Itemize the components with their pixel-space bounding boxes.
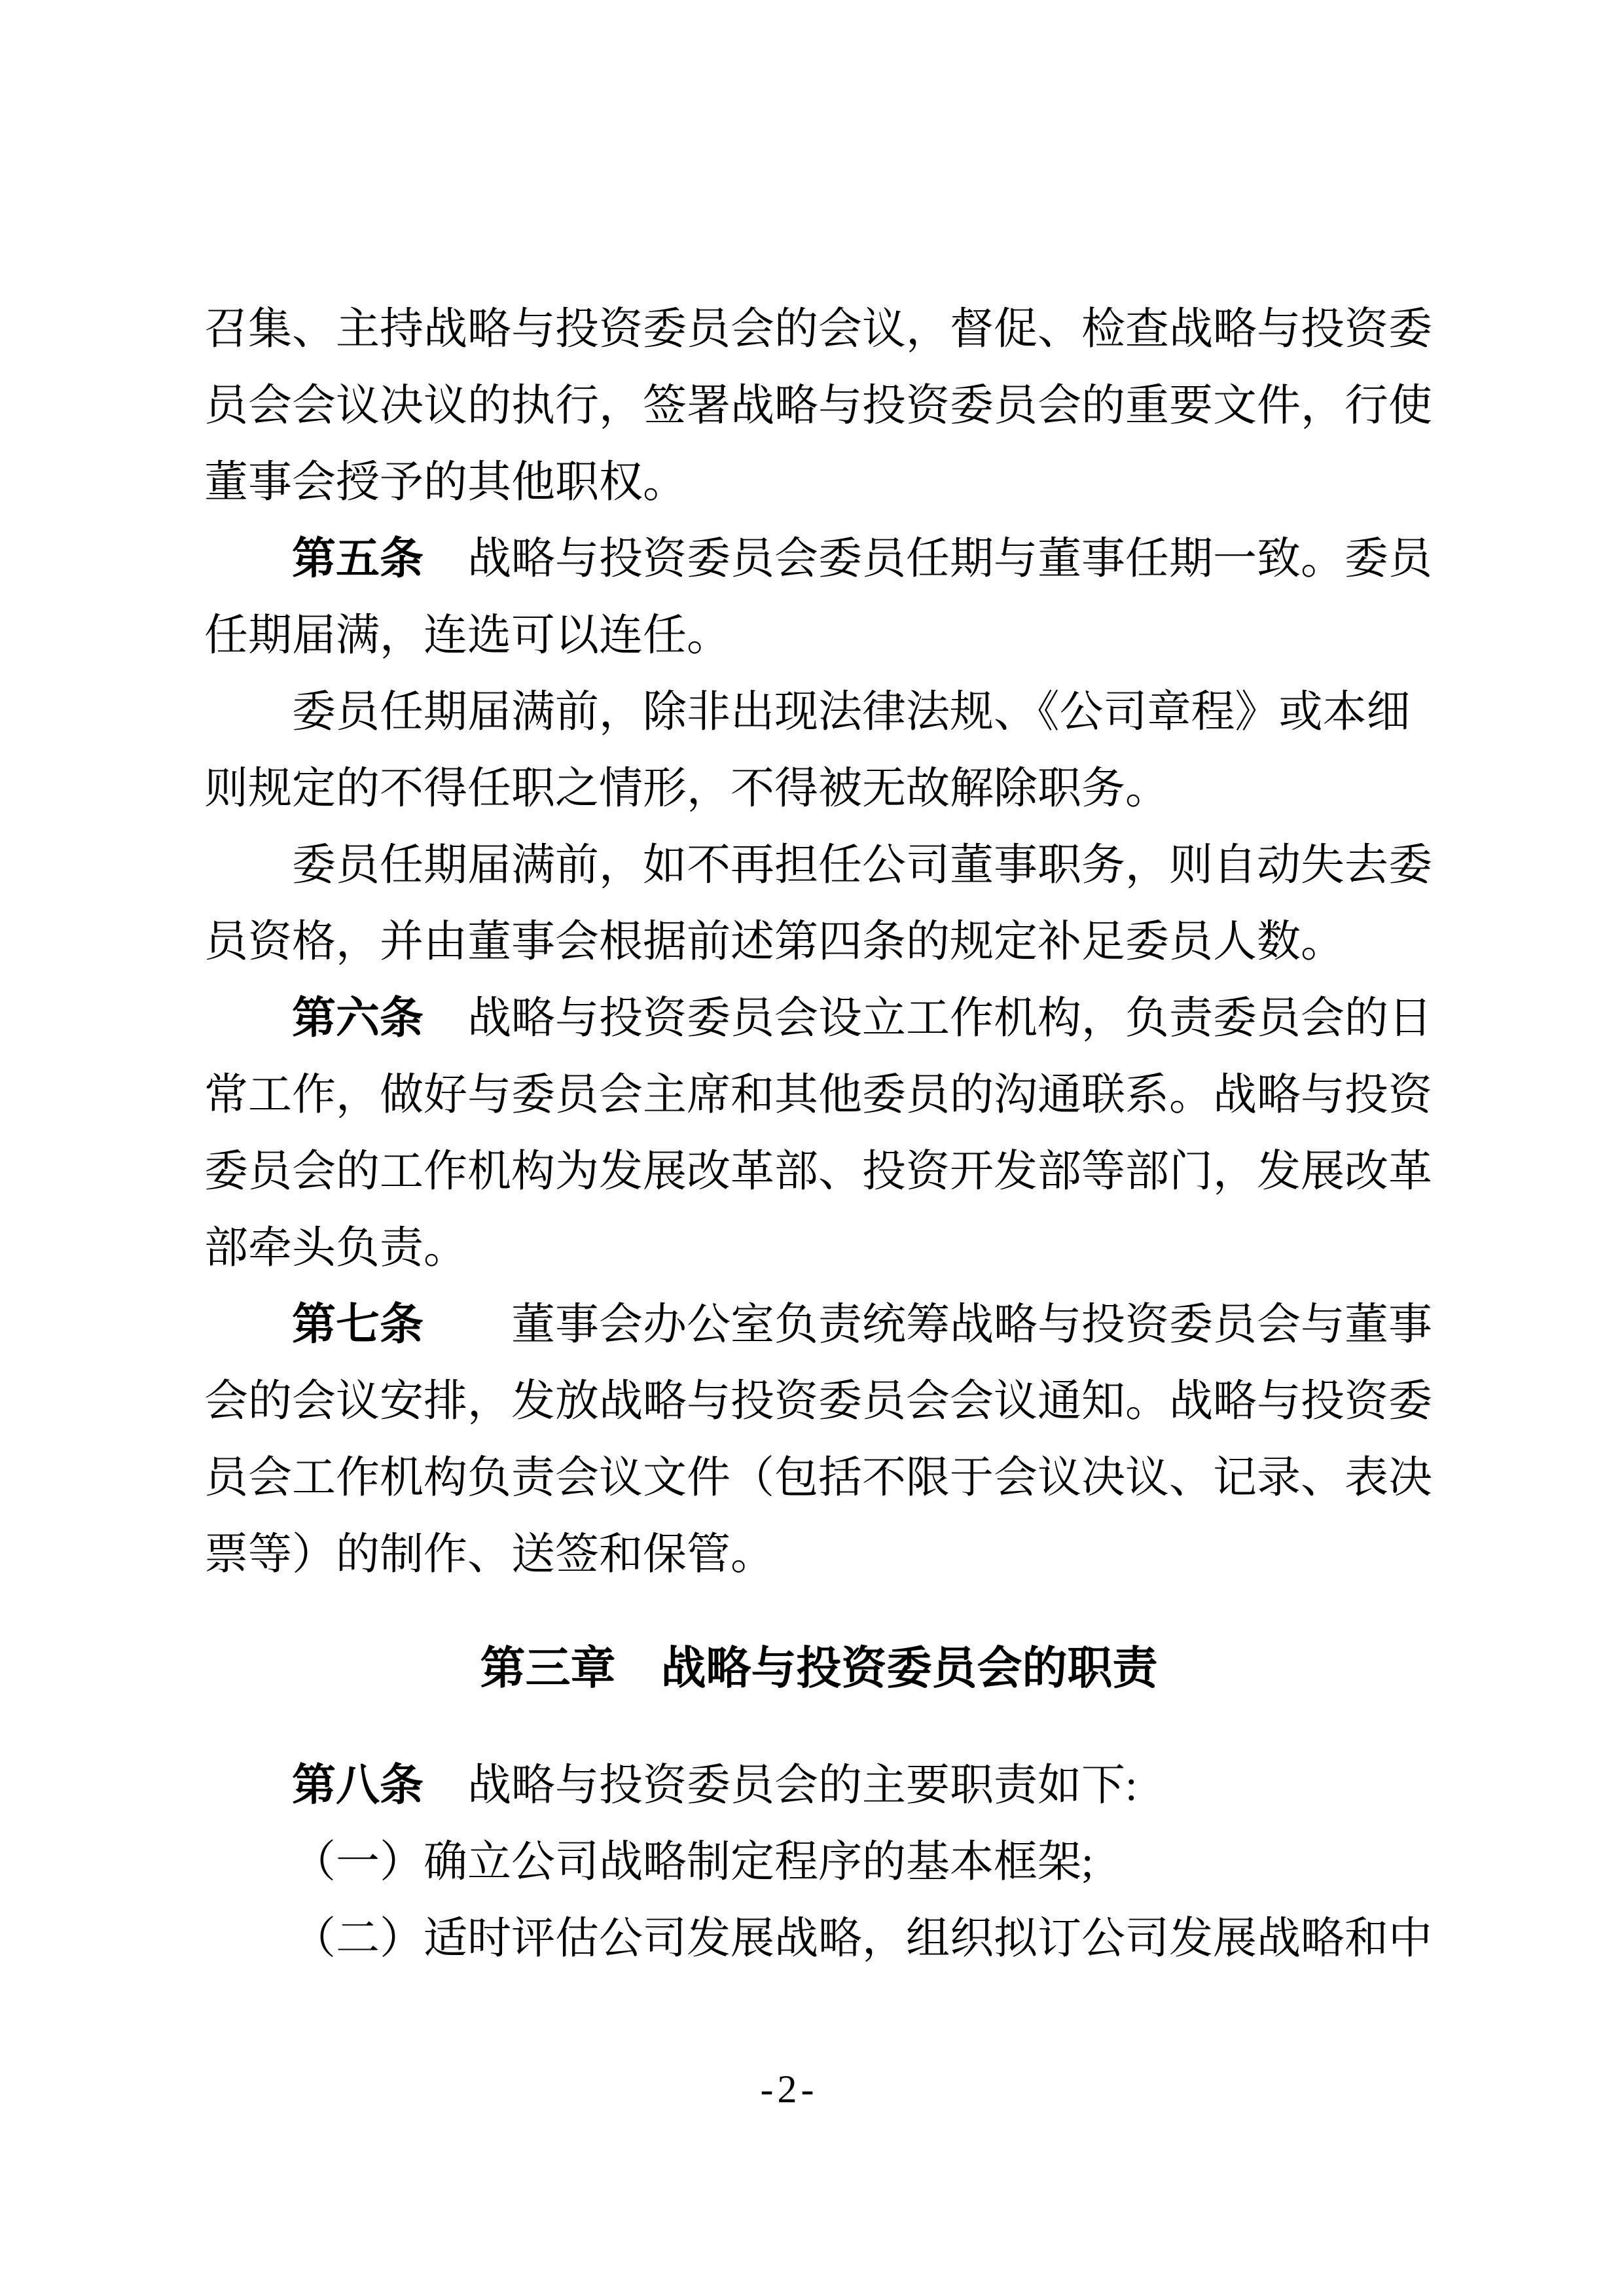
line-text: 战略与投资委员会设立工作机构，负责委员会的日 (424, 994, 1432, 1043)
body-line: （一）确立公司战略制定程序的基本框架; (204, 1823, 1434, 1900)
line-text: 任期届满，连选可以连任。 (204, 611, 731, 660)
body-line: 董事会授予的其他职权。 (204, 444, 1434, 520)
body-line: 员资格，并由董事会根据前述第四条的规定补足委员人数。 (204, 903, 1434, 980)
line-text: 董事会授予的其他职权。 (204, 458, 687, 507)
body-line: 票等）的制作、送签和保管。 (204, 1516, 1434, 1592)
body-line: 则规定的不得任职之情形，不得被无故解除职务。 (204, 750, 1434, 827)
line-text: 战略与投资委员会的主要职责如下: (424, 1761, 1138, 1810)
body-line: 员会会议决议的执行，签署战略与投资委员会的重要文件，行使 (204, 367, 1434, 444)
line-text: 会的会议安排，发放战略与投资委员会会议通知。战略与投资委 (204, 1377, 1432, 1426)
line-text: 员会会议决议的执行，签署战略与投资委员会的重要文件，行使 (204, 382, 1432, 430)
body-line: 部牵头负责。 (204, 1210, 1434, 1286)
body-line: 第七条 董事会办公室负责统筹战略与投资委员会与董事 (204, 1286, 1434, 1363)
body-line: 员会工作机构负责会议文件（包括不限于会议决议、记录、表决 (204, 1439, 1434, 1516)
body-line: 第八条 战略与投资委员会的主要职责如下: (204, 1747, 1434, 1823)
body-line: （二）适时评估公司发展战略，组织拟订公司发展战略和中 (204, 1900, 1434, 1977)
page-number: -2- (0, 2051, 1601, 2128)
body-line: 委员任期届满前，除非出现法律法规、《公司章程》或本细 (204, 673, 1434, 750)
line-text: 部牵头负责。 (204, 1224, 467, 1272)
line-text: 召集、主持战略与投资委员会的会议，督促、检查战略与投资委 (204, 305, 1432, 353)
line-text: 常工作，做好与委员会主席和其他委员的沟通联系。战略与投资 (204, 1071, 1432, 1119)
body-line: 第六条 战略与投资委员会设立工作机构，负责委员会的日 (204, 980, 1434, 1056)
body-line: 常工作，做好与委员会主席和其他委员的沟通联系。战略与投资 (204, 1056, 1434, 1133)
line-text: 票等）的制作、送签和保管。 (204, 1530, 774, 1579)
line-text: 则规定的不得任职之情形，不得被无故解除职务。 (204, 764, 1169, 813)
article-number-label: 第六条 (292, 994, 424, 1043)
body-line: 召集、主持战略与投资委员会的会议，督促、检查战略与投资委 (204, 291, 1434, 367)
line-text: （一）确立公司战略制定程序的基本框架; (292, 1838, 1094, 1886)
line-text: 员资格，并由董事会根据前述第四条的规定补足委员人数。 (204, 918, 1344, 966)
chapter-heading: 第三章 战略与投资委员会的职责 (204, 1630, 1434, 1706)
line-text: 战略与投资委员会委员任期与董事任期一致。委员 (424, 535, 1432, 583)
line-text: 董事会办公室负责统筹战略与投资委员会与董事 (424, 1300, 1432, 1349)
article-number-label: 第七条 (292, 1300, 424, 1349)
line-text: 委员任期届满前，如不再担任公司董事职务，则自动失去委 (292, 841, 1432, 889)
article-number-label: 第八条 (292, 1761, 424, 1810)
section-after-heading: 第八条 战略与投资委员会的主要职责如下:（一）确立公司战略制定程序的基本框架;（… (204, 1747, 1434, 1977)
document-page: 召集、主持战略与投资委员会的会议，督促、检查战略与投资委员会会议决议的执行，签署… (0, 0, 1624, 2296)
body-line: 任期届满，连选可以连任。 (204, 597, 1434, 673)
section-before-heading: 召集、主持战略与投资委员会的会议，督促、检查战略与投资委员会会议决议的执行，签署… (204, 291, 1434, 1592)
body-line: 第五条 战略与投资委员会委员任期与董事任期一致。委员 (204, 520, 1434, 597)
body-line: 委员任期届满前，如不再担任公司董事职务，则自动失去委 (204, 827, 1434, 903)
article-number-label: 第五条 (292, 534, 424, 583)
body-line: 委员会的工作机构为发展改革部、投资开发部等部门，发展改革 (204, 1133, 1434, 1210)
body-line: 会的会议安排，发放战略与投资委员会会议通知。战略与投资委 (204, 1363, 1434, 1439)
line-text: （二）适时评估公司发展战略，组织拟订公司发展战略和中 (292, 1914, 1432, 1963)
line-text: 委员会的工作机构为发展改革部、投资开发部等部门，发展改革 (204, 1147, 1432, 1196)
line-text: 员会工作机构负责会议文件（包括不限于会议决议、记录、表决 (204, 1454, 1432, 1502)
line-text: 委员任期届满前，除非出现法律法规、《公司章程》或本细 (292, 688, 1411, 736)
body-text: 召集、主持战略与投资委员会的会议，督促、检查战略与投资委员会会议决议的执行，签署… (204, 291, 1434, 1977)
